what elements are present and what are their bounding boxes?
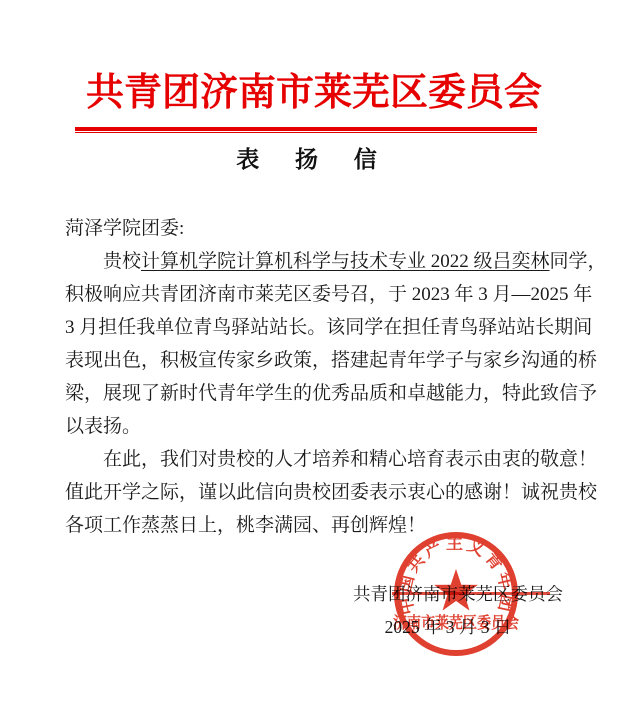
paragraph2-line2: 值此开学之际，谨以此信向贵校团委表示衷心的感谢！诚祝贵校 (65, 476, 585, 509)
paragraph1-line6: 以表扬。 (65, 410, 585, 443)
paragraph1-prefix: 贵校 (103, 251, 141, 272)
letterhead-org-title: 共青团济南市莱芜区委员会 (0, 70, 628, 116)
salutation: 菏泽学院团委: (65, 212, 585, 245)
official-seal-icon: 中国共产主义青年团 济南市莱芜区委员会 (381, 519, 531, 669)
paragraph1-line4: 表现出色，积极宣传家乡政策，搭建起青年学子与家乡沟通的桥 (65, 344, 585, 377)
paragraph1-line2: 积极响应共青团济南市莱芜区委号召，于 2023 年 3 月—2025 年 (65, 278, 585, 311)
star-icon (434, 569, 478, 611)
letter-page: { "document": { "header": { "org_title":… (0, 0, 628, 707)
paragraph1-line1: 贵校计算机学院计算机科学与技术专业 2022 级吕奕林同学， (65, 245, 585, 278)
paragraph1-underlined-recipient: 计算机学院计算机科学与技术专业 2022 级吕奕林 (141, 251, 550, 272)
paragraph1-suffix: 同学， (550, 251, 607, 272)
paragraph1-line3: 3 月担任我单位青鸟驿站站长。该同学在担任青鸟驿站站长期间 (65, 311, 585, 344)
paragraph1-line5: 梁，展现了新时代青年学生的优秀品质和卓越能力，特此致信予 (65, 377, 585, 410)
letter-body: 菏泽学院团委: 贵校计算机学院计算机科学与技术专业 2022 级吕奕林同学， 积… (65, 212, 585, 542)
letterhead-red-rule (75, 127, 537, 133)
seal-bottom-text: 济南市莱芜区委员会 (393, 613, 519, 632)
paragraph2-line1: 在此，我们对贵校的人才培养和精心培育表示由衷的敬意！ (65, 443, 585, 476)
document-title: 表 扬 信 (0, 141, 628, 174)
